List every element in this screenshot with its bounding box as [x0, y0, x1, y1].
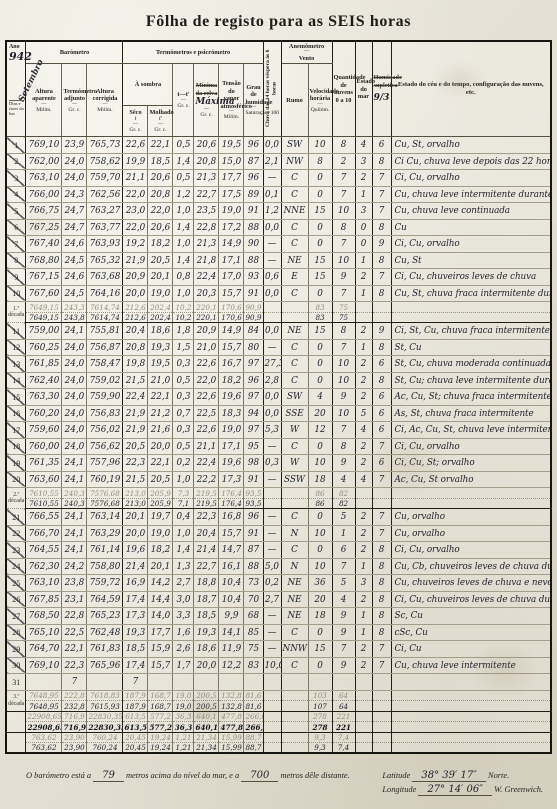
value-cell: 0	[308, 170, 332, 187]
value-cell: 7	[372, 170, 391, 187]
value-cell: 9	[332, 608, 355, 625]
day-number: 4	[6, 186, 26, 203]
value-cell: 0,3	[263, 455, 281, 472]
value-cell: 24,0	[62, 405, 87, 422]
value-cell: C	[281, 339, 308, 356]
value-cell: 2	[355, 455, 372, 472]
barometer-note-text: O barómetro está a	[26, 771, 91, 780]
value-cell: 24,0	[62, 170, 87, 187]
value-cell: 22,3	[123, 455, 148, 472]
summary-cell: 220,1	[194, 302, 219, 313]
value-cell: 15,9	[148, 641, 173, 658]
observations-cell: Ac, Cu, St orvalho	[391, 471, 551, 488]
value-cell: 15,7	[219, 339, 244, 356]
value-cell: 8	[332, 323, 355, 340]
day-row: 7767,4024,6763,9319,218,21,021,314,990—C…	[6, 236, 551, 253]
value-cell: 1,0	[173, 525, 194, 542]
value-cell	[26, 674, 62, 691]
day-number: 20	[6, 471, 26, 488]
day-row: 1769,1023,9765,7322,622,10,520,619,5960,…	[6, 137, 551, 154]
day-row: 2762,0024,0758,6219,918,51,420,815,0872,…	[6, 153, 551, 170]
value-cell: 19,3	[123, 624, 148, 641]
summary-observations-cell	[391, 690, 551, 701]
summary-row: 2.ª década7610,55240,37576,68213,0205,97…	[6, 488, 551, 499]
day-row: 19761,3524,1757,9622,322,10,222,419,6980…	[6, 455, 551, 472]
value-cell: 8	[372, 591, 391, 608]
summary-cell	[263, 711, 281, 722]
value-cell: 760,19	[87, 471, 123, 488]
summary-cell: 7615,93	[87, 701, 123, 712]
summary-cell: 477,8	[219, 711, 244, 722]
summary-cell: 7610,55	[26, 498, 62, 509]
summary-cell: 22908,65	[26, 722, 62, 733]
value-cell: 767,60	[26, 285, 62, 302]
longitude-suffix: W. Greenwich.	[494, 785, 543, 794]
value-cell: 22,6	[194, 356, 219, 373]
value-cell: 1,5	[173, 339, 194, 356]
value-cell: 5,3	[263, 422, 281, 439]
value-cell: 22,6	[194, 422, 219, 439]
summary-cell	[263, 732, 281, 743]
value-cell: 2	[355, 389, 372, 406]
value-cell: 22,6	[123, 137, 148, 154]
wind-speed-header: Velocidade horáriaQuilóm.	[308, 64, 332, 137]
value-cell: 85	[244, 624, 263, 641]
summary-cell: 21,34	[194, 743, 219, 754]
attached-thermometer-header: Termómetro adjuntoGr. c.	[62, 64, 87, 137]
value-cell: 87	[244, 542, 263, 559]
value-cell: 0,5	[173, 137, 194, 154]
value-cell: NW	[281, 153, 308, 170]
value-cell: 3	[355, 153, 372, 170]
value-cell: 767,85	[26, 591, 62, 608]
summary-cell: 202,4	[148, 302, 173, 313]
value-cell: 18,5	[123, 641, 148, 658]
day-number: 31	[6, 674, 26, 691]
value-cell: 22,7	[194, 186, 219, 203]
value-cell: 7	[372, 657, 391, 674]
value-cell: 10	[332, 405, 355, 422]
value-cell: 18,6	[194, 641, 219, 658]
value-cell: 17,2	[219, 219, 244, 236]
value-cell: 8	[332, 137, 355, 154]
summary-cell: 10,2	[173, 302, 194, 313]
value-cell: —	[263, 641, 281, 658]
summary-cell: 222,8	[62, 690, 87, 701]
value-cell: 9,9	[219, 608, 244, 625]
value-cell: 24,6	[62, 269, 87, 286]
value-cell: 0,2	[173, 455, 194, 472]
value-cell: 6	[372, 356, 391, 373]
value-cell: 96	[244, 509, 263, 526]
summary-cell	[355, 498, 372, 509]
summary-cell	[372, 722, 391, 733]
observations-cell: St, Cu	[391, 339, 551, 356]
observations-cell: Ci, Cu, orvalho	[391, 170, 551, 187]
value-cell: 0	[355, 219, 372, 236]
summary-cell: 7610,55	[26, 488, 62, 499]
summary-cell: 23,90	[62, 732, 87, 743]
day-row: 5766,7524,7763,2723,022,01,023,519,0911,…	[6, 203, 551, 220]
summary-observations-cell	[391, 711, 551, 722]
day-row: 14762,4024,0759,0221,521,00,522,018,2962…	[6, 372, 551, 389]
value-cell: 14,9	[219, 323, 244, 340]
value-cell: 16,9	[123, 575, 148, 592]
summary-cell: 200,5	[194, 701, 219, 712]
value-cell: 20,4	[123, 323, 148, 340]
value-cell: 73	[244, 575, 263, 592]
day-number: 28	[6, 624, 26, 641]
summary-cell: 213,0	[123, 498, 148, 509]
summary-cell: 22830,35	[87, 711, 123, 722]
summary-cell: 176,4	[219, 488, 244, 499]
value-cell: 21,0	[148, 372, 173, 389]
summary-cell: 168,7	[148, 690, 173, 701]
day-number: 15	[6, 389, 26, 406]
value-cell: 762,56	[87, 186, 123, 203]
value-cell: 8	[332, 219, 355, 236]
value-cell: C	[281, 657, 308, 674]
summary-cell: 1,21	[173, 743, 194, 754]
summary-cell	[372, 302, 391, 313]
value-cell: 2,6	[173, 641, 194, 658]
observations-cell: Sc, Cu	[391, 608, 551, 625]
day-row: 13761,8524,0758,4719,819,50,322,616,7972…	[6, 356, 551, 373]
value-cell: 9	[332, 624, 355, 641]
value-cell: 24,5	[62, 285, 87, 302]
summary-observations-cell	[391, 302, 551, 313]
summary-cell	[263, 722, 281, 733]
day-row: 25763,1023,8759,7216,914,22,718,810,4730…	[6, 575, 551, 592]
summary-cell: 613,5	[123, 722, 148, 733]
summary-cell: 19,0	[173, 690, 194, 701]
value-cell: 7	[332, 285, 355, 302]
summary-cell: 21,34	[194, 732, 219, 743]
value-cell: 22,3	[194, 509, 219, 526]
value-cell: 17,3	[219, 471, 244, 488]
value-cell: 1	[355, 252, 372, 269]
summary-cell: 477,8	[219, 722, 244, 733]
day-number: 19	[6, 455, 26, 472]
summary-cell: 88,7	[244, 743, 263, 754]
value-cell: 10,4	[219, 591, 244, 608]
value-cell: 96	[244, 137, 263, 154]
value-cell: 1,0	[173, 285, 194, 302]
value-cell: 90	[244, 236, 263, 253]
value-cell: 19,5	[148, 356, 173, 373]
value-cell: 0,0	[263, 323, 281, 340]
day-row: 3177	[6, 674, 551, 691]
value-cell: 0	[308, 339, 332, 356]
value-cell: 22,5	[194, 405, 219, 422]
latitude-line: Latitude 38° 39′ 17″ Norte.	[382, 771, 543, 782]
value-cell: 2	[355, 509, 372, 526]
value-cell: 764,55	[26, 542, 62, 559]
value-cell: 1,2	[173, 186, 194, 203]
value-cell: 6	[372, 389, 391, 406]
value-cell: 760,20	[26, 405, 62, 422]
value-cell: C	[281, 186, 308, 203]
summary-cell: 221	[332, 711, 355, 722]
value-cell: 1,2	[263, 203, 281, 220]
day-number: 17	[6, 422, 26, 439]
observations-cell: Ci, Cu, St; orvalho	[391, 455, 551, 472]
value-cell: 22,4	[123, 389, 148, 406]
value-cell: 759,00	[26, 323, 62, 340]
value-cell: 2,7	[173, 575, 194, 592]
value-cell: W	[281, 455, 308, 472]
value-cell: 7	[372, 186, 391, 203]
value-cell: 19,8	[123, 356, 148, 373]
value-cell: 21,9	[123, 422, 148, 439]
summary-cell	[355, 722, 372, 733]
observations-cell: Ci, St, Cu, chuva fraca intermitente dur…	[391, 323, 551, 340]
observations-cell: Ac, Cu, St; chuva fraca intermitente dur…	[391, 389, 551, 406]
value-cell: 20,9	[123, 269, 148, 286]
summary-cell: 36,3	[173, 711, 194, 722]
value-cell: 20	[308, 591, 332, 608]
value-cell: 27,3	[263, 356, 281, 373]
barometer-note-text: metros acima do nível do mar, e a	[126, 771, 239, 780]
value-cell: 2	[355, 525, 372, 542]
summary-cell: 212,6	[123, 302, 148, 313]
value-cell: 20,8	[194, 153, 219, 170]
value-cell: 0,5	[173, 372, 194, 389]
register-table: Ano 942 Setembro Dias e fases da lua Bar…	[5, 40, 552, 754]
value-cell: 2	[355, 170, 372, 187]
dry-wet-difference-header: t—t′Gr. c.	[173, 64, 194, 137]
observations-cell: St, Cu, chuva moderada continuada das 23…	[391, 356, 551, 373]
value-cell: 763,14	[87, 509, 123, 526]
summary-cell: 613,5	[123, 711, 148, 722]
summary-cell: 64	[332, 690, 355, 701]
observations-cell: Ci, Cu, chuveiros leves de chuva durante…	[391, 591, 551, 608]
value-cell: 96	[244, 372, 263, 389]
summary-cell: 75	[332, 302, 355, 313]
summary-cell	[355, 732, 372, 743]
value-cell: 1	[355, 558, 372, 575]
value-cell: 0,8	[173, 269, 194, 286]
value-cell: 0,0	[263, 219, 281, 236]
value-cell: 1,6	[173, 624, 194, 641]
value-cell: 16,8	[219, 509, 244, 526]
summary-cell: 82	[332, 488, 355, 499]
day-row: 23764,5524,1761,1419,618,21,421,414,787—…	[6, 542, 551, 559]
summary-row: 763,6223,90760,2420,4519,241,2121,3415,9…	[6, 743, 551, 754]
value-cell: 2	[355, 657, 372, 674]
value-cell: 15	[308, 252, 332, 269]
day-number: 7	[6, 236, 26, 253]
value-cell: 18,5	[148, 153, 173, 170]
day-row: 9767,1524,6763,6820,920,10,822,417,0930,…	[6, 269, 551, 286]
value-cell: 24,1	[62, 542, 87, 559]
value-cell: 768,50	[26, 608, 62, 625]
value-cell: 87	[244, 153, 263, 170]
value-cell: 10	[308, 455, 332, 472]
value-cell: 24,3	[62, 186, 87, 203]
value-cell: 2	[355, 323, 372, 340]
day-row: 12760,2524,0756,8720,819,31,521,015,780—…	[6, 339, 551, 356]
value-cell: 21,9	[123, 252, 148, 269]
summary-cell	[372, 711, 391, 722]
value-cell: 2	[355, 372, 372, 389]
longitude-label: Longitude	[382, 785, 416, 794]
maxima-header: Mínima da relva Máxima Gr. c.	[194, 64, 219, 137]
value-cell: —	[263, 542, 281, 559]
value-cell: 0,0	[263, 389, 281, 406]
value-cell: —	[263, 438, 281, 455]
summary-cell: 266,0	[244, 711, 263, 722]
table-header: Ano 942 Setembro Dias e fases da lua Bar…	[6, 41, 551, 137]
value-cell: 22,0	[123, 219, 148, 236]
value-cell: 10	[332, 203, 355, 220]
value-cell: 763,30	[26, 389, 62, 406]
value-cell: 767,40	[26, 236, 62, 253]
value-cell: 757,96	[87, 455, 123, 472]
value-cell: NE	[281, 575, 308, 592]
value-cell: 21,2	[148, 405, 173, 422]
summary-cell: 640,1	[194, 722, 219, 733]
value-cell: 761,83	[87, 641, 123, 658]
barometer-distance-handwritten: 700	[241, 771, 278, 782]
day-row: 21766,5524,1763,1420,119,70,422,316,896—…	[6, 509, 551, 526]
value-cell: 20,5	[148, 471, 173, 488]
summary-cell: 7648,95	[26, 701, 62, 712]
dry-bulb-header: SêcotGr. c.	[123, 105, 148, 137]
value-cell: 764,16	[87, 285, 123, 302]
value-cell: 758,80	[87, 558, 123, 575]
humidity-degree-header: Grau de humidadeSaturação=100	[244, 64, 263, 137]
summary-cell: 7,4	[332, 732, 355, 743]
value-cell: 1	[355, 186, 372, 203]
value-cell: 765,96	[87, 657, 123, 674]
value-cell: N	[281, 558, 308, 575]
vapour-tension-header: Tensão do vapor atmosféricoMilím.	[219, 64, 244, 137]
day-number: 9	[6, 269, 26, 286]
value-cell	[148, 674, 173, 691]
value-cell: 19,6	[123, 542, 148, 559]
day-row: 22766,7024,1763,2920,019,01,020,415,791—…	[6, 525, 551, 542]
value-cell: 8	[372, 252, 391, 269]
value-cell: 5	[355, 405, 372, 422]
value-cell: 4	[355, 137, 372, 154]
value-cell: W	[281, 422, 308, 439]
value-cell: 765,73	[87, 137, 123, 154]
value-cell: 6	[372, 455, 391, 472]
value-cell: 24,0	[62, 339, 87, 356]
summary-row: 7648,95232,87615,93187,9168,719,0200,513…	[6, 701, 551, 712]
value-cell: 21,6	[148, 422, 173, 439]
value-cell: NE	[281, 608, 308, 625]
value-cell: 17,4	[123, 591, 148, 608]
summary-cell	[281, 743, 308, 754]
value-cell: 18,7	[194, 591, 219, 608]
value-cell: 20,5	[123, 438, 148, 455]
value-cell: C	[281, 356, 308, 373]
corrected-height-header: Altura corrigidaMilím.	[87, 64, 123, 137]
value-cell: 15,0	[219, 153, 244, 170]
value-cell: 20,6	[148, 170, 173, 187]
summary-cell: 93,5	[244, 498, 263, 509]
latitude-suffix: Norte.	[488, 771, 509, 780]
summary-cell: 205,9	[148, 498, 173, 509]
value-cell: 22,1	[148, 389, 173, 406]
value-cell: 2	[355, 269, 372, 286]
day-number: 5	[6, 203, 26, 220]
value-cell	[219, 674, 244, 691]
value-cell: C	[281, 509, 308, 526]
day-number: 30	[6, 657, 26, 674]
summary-row: 22908,65716,922830,35613,5577,236,3640,1…	[6, 711, 551, 722]
value-cell: 7	[62, 674, 87, 691]
value-cell: NE	[281, 591, 308, 608]
observations-cell: Cu, St, chuva fraca intermitente durante…	[391, 285, 551, 302]
value-cell: 10	[332, 356, 355, 373]
value-cell: 21,4	[194, 542, 219, 559]
value-cell: 88	[244, 558, 263, 575]
value-cell: —	[263, 252, 281, 269]
day-number: 22	[6, 525, 26, 542]
value-cell: 19,3	[148, 339, 173, 356]
value-cell: 1,7	[173, 657, 194, 674]
summary-row: 763,6223,90760,2420,4519,241,2121,3415,9…	[6, 732, 551, 743]
summary-cell: 64	[332, 701, 355, 712]
value-cell: SSW	[281, 471, 308, 488]
struck-column-header: Humidade supletiva 9/3	[372, 41, 391, 137]
summary-cell: 232,8	[62, 701, 87, 712]
value-cell: 20,0	[194, 657, 219, 674]
value-cell: 21,3	[194, 236, 219, 253]
value-cell: 1,0	[173, 236, 194, 253]
value-cell: 762,00	[26, 153, 62, 170]
value-cell: 756,87	[87, 339, 123, 356]
value-cell: 19,6	[219, 389, 244, 406]
summary-cell	[281, 690, 308, 701]
value-cell: 16,7	[219, 356, 244, 373]
summary-cell: 187,9	[123, 690, 148, 701]
value-cell: 6	[372, 137, 391, 154]
observations-cell: As, St, chuva fraca intermitente	[391, 405, 551, 422]
value-cell: 762,48	[87, 624, 123, 641]
value-cell: 15	[308, 323, 332, 340]
value-cell: 8	[332, 438, 355, 455]
summary-cell: 7576,68	[87, 488, 123, 499]
value-cell: 91	[244, 285, 263, 302]
observations-cell: Ci, Cu	[391, 641, 551, 658]
day-number: 24	[6, 558, 26, 575]
day-number: 6	[6, 219, 26, 236]
day-number: 18	[6, 438, 26, 455]
value-cell: 766,00	[26, 186, 62, 203]
value-cell: 15,7	[148, 657, 173, 674]
value-cell: 7	[372, 641, 391, 658]
summary-cell: 88,7	[244, 732, 263, 743]
observations-cell: Cu, chuva leve intermitente	[391, 657, 551, 674]
summary-cell: 9,3	[308, 732, 332, 743]
value-cell	[332, 674, 355, 691]
observations-cell: Cu, chuva leve intermitente durante a no…	[391, 186, 551, 203]
summary-cell: 7649,15	[26, 302, 62, 313]
summary-cell: 266,0	[244, 722, 263, 733]
value-cell: 0	[308, 186, 332, 203]
summary-label: 1.ª década	[6, 302, 26, 323]
day-number: 21	[6, 509, 26, 526]
summary-cell: 19,24	[148, 743, 173, 754]
day-row: 3763,1024,0759,7021,120,60,521,317,796—C…	[6, 170, 551, 187]
value-cell: 756,83	[87, 405, 123, 422]
summary-cell	[281, 302, 308, 313]
value-cell: 1,3	[173, 558, 194, 575]
